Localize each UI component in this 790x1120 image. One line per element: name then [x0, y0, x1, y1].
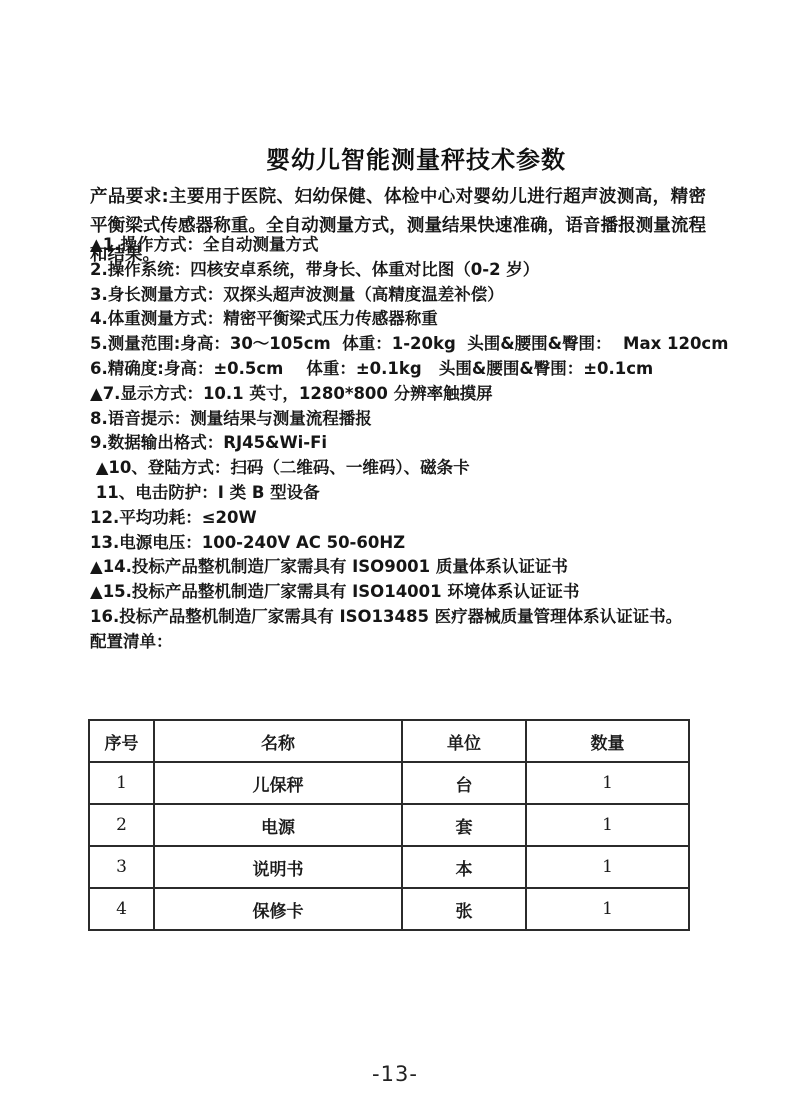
configuration-table: 序号 名称 单位 数量 1 儿保秤 台 1 2 电源 套 1 3 说明书: [88, 719, 690, 931]
spec-line-14: ▲14.投标产品整机制造厂家需具有 ISO9001 质量体系认证证书: [90, 555, 730, 580]
cell-index: 2: [89, 804, 154, 846]
spec-line-1: ▲1.操作方式：全自动测量方式: [90, 233, 730, 258]
cell-quantity: 1: [526, 888, 689, 930]
spec-line-15: ▲15.投标产品整机制造厂家需具有 ISO14001 环境体系认证证书: [90, 580, 730, 605]
spec-line-8: 8.语音提示：测量结果与测量流程播报: [90, 407, 730, 432]
cell-quantity: 1: [526, 762, 689, 804]
spec-line-12: 12.平均功耗：≤20W: [90, 506, 730, 531]
document-page: 婴幼儿智能测量秤技术参数 产品要求:主要用于医院、妇幼保健、体检中心对婴幼儿进行…: [0, 0, 790, 1120]
cell-unit: 本: [402, 846, 526, 888]
header-name: 名称: [154, 720, 402, 762]
cell-index: 1: [89, 762, 154, 804]
cell-unit: 台: [402, 762, 526, 804]
cell-unit: 张: [402, 888, 526, 930]
spec-line-11: 11、电击防护：I 类 B 型设备: [90, 481, 730, 506]
header-unit: 单位: [402, 720, 526, 762]
page-title: 婴幼儿智能测量秤技术参数: [0, 140, 790, 175]
spec-line-6: 6.精确度:身高：±0.5cm 体重：±0.1kg 头围&腰围&臀围：±0.1c…: [90, 357, 730, 382]
cell-unit: 套: [402, 804, 526, 846]
spec-line-3: 3.身长测量方式：双探头超声波测量（高精度温差补偿）: [90, 283, 730, 308]
cell-name: 电源: [154, 804, 402, 846]
cell-quantity: 1: [526, 804, 689, 846]
spec-line-5: 5.测量范围:身高：30～105cm 体重：1-20kg 头围&腰围&臀围： M…: [90, 332, 730, 357]
table-header-row: 序号 名称 单位 数量: [89, 720, 689, 762]
header-quantity: 数量: [526, 720, 689, 762]
spec-line-4: 4.体重测量方式：精密平衡梁式压力传感器称重: [90, 307, 730, 332]
cell-quantity: 1: [526, 846, 689, 888]
cell-name: 儿保秤: [154, 762, 402, 804]
config-list-label: 配置清单：: [90, 630, 730, 655]
cell-index: 3: [89, 846, 154, 888]
table-row: 2 电源 套 1: [89, 804, 689, 846]
spec-line-9: 9.数据输出格式：RJ45&Wi-Fi: [90, 431, 730, 456]
spec-list: ▲1.操作方式：全自动测量方式 2.操作系统：四核安卓系统，带身长、体重对比图（…: [90, 233, 730, 655]
spec-line-16: 16.投标产品整机制造厂家需具有 ISO13485 医疗器械质量管理体系认证证书…: [90, 605, 730, 630]
cell-name: 说明书: [154, 846, 402, 888]
spec-line-10: ▲10、登陆方式：扫码（二维码、一维码）、磁条卡: [90, 456, 730, 481]
page-number: -13-: [0, 1062, 790, 1086]
table-row: 1 儿保秤 台 1: [89, 762, 689, 804]
spec-line-13: 13.电源电压：100-240V AC 50-60HZ: [90, 531, 730, 556]
spec-line-2: 2.操作系统：四核安卓系统，带身长、体重对比图（0-2 岁）: [90, 258, 730, 283]
cell-index: 4: [89, 888, 154, 930]
table-row: 4 保修卡 张 1: [89, 888, 689, 930]
cell-name: 保修卡: [154, 888, 402, 930]
table-row: 3 说明书 本 1: [89, 846, 689, 888]
spec-line-7: ▲7.显示方式：10.1 英寸，1280*800 分辨率触摸屏: [90, 382, 730, 407]
header-index: 序号: [89, 720, 154, 762]
